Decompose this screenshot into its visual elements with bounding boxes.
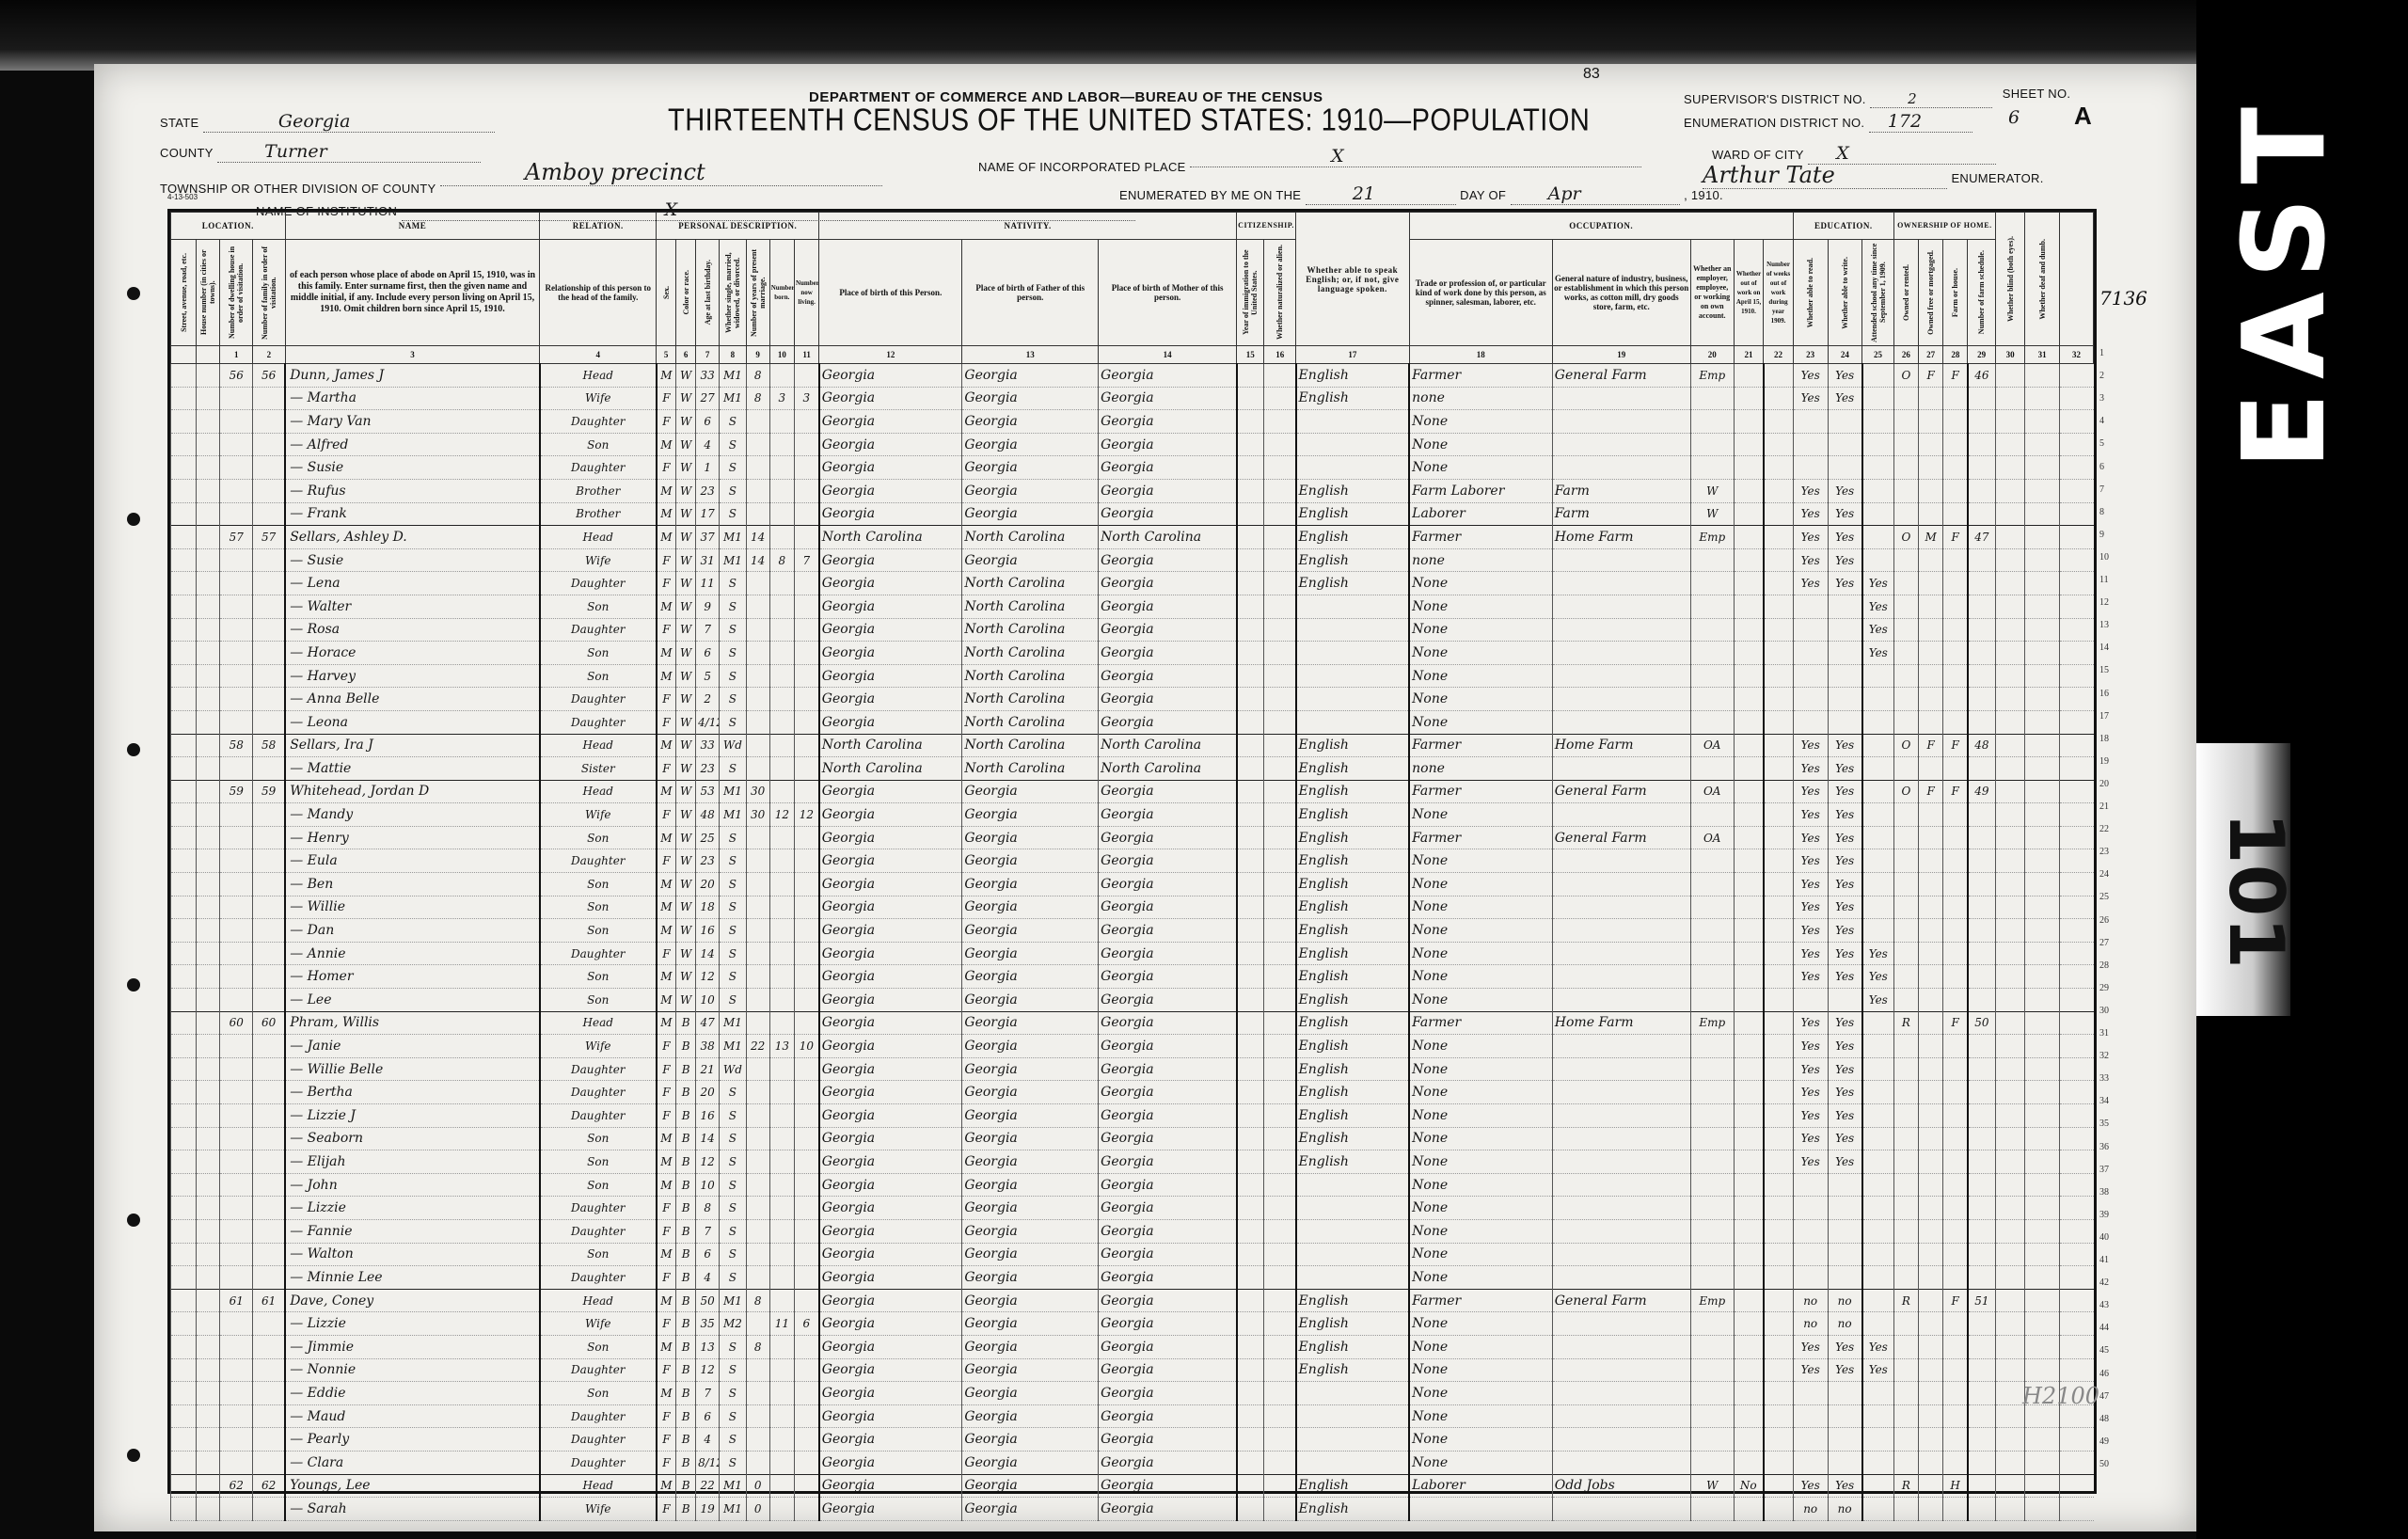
sheet-side: A <box>2074 102 2092 131</box>
cell-language: English <box>1296 780 1410 803</box>
cell-free-mortgaged <box>1919 1243 1943 1266</box>
cell-weeks-out <box>1764 919 1794 943</box>
cell-naturalized <box>1264 1382 1296 1405</box>
cell-age: 12 <box>696 965 720 989</box>
cell-deaf <box>2060 1428 2094 1452</box>
cell-relationship: Son <box>540 664 657 688</box>
cell-industry: Home Farm <box>1552 1011 1690 1035</box>
line-number: 33 <box>2099 1073 2109 1084</box>
cell-house <box>197 688 220 711</box>
cell-naturalized <box>1264 1289 1296 1312</box>
cell-deaf <box>2060 1358 2094 1382</box>
cell-can-read: Yes <box>1793 526 1828 549</box>
cell-person-name: — Annie <box>285 942 540 965</box>
cell-marital: M1 <box>720 526 746 549</box>
cell-out-of-work <box>1734 1404 1763 1428</box>
cell-dwelling <box>220 1197 253 1220</box>
cell-free-mortgaged <box>1919 664 1943 688</box>
header-family: Number of family in order of visitation. <box>261 241 277 344</box>
cell-industry <box>1552 1150 1690 1174</box>
cell-free-mortgaged <box>1919 1057 1943 1081</box>
cell-owned-rented <box>1893 387 1918 410</box>
cell-farm-schedule <box>1968 965 1995 989</box>
cell-father-birthplace: Georgia <box>962 1428 1099 1452</box>
cell-industry <box>1552 1219 1690 1243</box>
cell-immigration <box>1237 780 1264 803</box>
cell-farm-schedule: 47 <box>1968 526 1995 549</box>
cell-naturalized <box>1264 826 1296 849</box>
cell-person-name: — Fannie <box>285 1219 540 1243</box>
cell-can-read <box>1793 1382 1828 1405</box>
cell-sex: M <box>657 1243 676 1266</box>
cell-years-married <box>746 896 769 919</box>
cell-weeks-out <box>1764 1498 1794 1521</box>
cell-veteran <box>1995 989 2024 1012</box>
cell-farm-schedule <box>1968 942 1995 965</box>
cell-veteran <box>1995 548 2024 572</box>
cell-veteran <box>1995 1104 2024 1128</box>
cell-dwelling <box>220 1081 253 1104</box>
cell-marital: S <box>720 1197 746 1220</box>
cell-owned-rented <box>1893 1081 1918 1104</box>
line-number: 10 <box>2099 552 2109 563</box>
cell-weeks-out <box>1764 710 1794 734</box>
cell-farm-schedule <box>1968 1173 1995 1197</box>
cell-farm-house <box>1943 456 1968 480</box>
cell-class-of-worker <box>1690 1451 1734 1474</box>
cell-language <box>1296 1173 1410 1197</box>
table-row: — MarthaWifeFW27M1833GeorgiaGeorgiaGeorg… <box>171 387 2094 410</box>
cell-marital: S <box>720 642 746 665</box>
cell-family <box>253 1451 286 1474</box>
cell-family <box>253 942 286 965</box>
line-number: 49 <box>2099 1436 2109 1447</box>
cell-veteran <box>1995 479 2024 502</box>
line-number: 24 <box>2099 869 2109 880</box>
cell-father-birthplace: Georgia <box>962 1011 1099 1035</box>
cell-naturalized <box>1264 1127 1296 1150</box>
cell-children-living <box>794 942 818 965</box>
cell-person-name: — Lizzie <box>285 1312 540 1336</box>
cell-sex: F <box>657 710 676 734</box>
cell-language: English <box>1296 1498 1410 1521</box>
cell-birthplace: Georgia <box>819 1219 962 1243</box>
cell-race: W <box>676 965 696 989</box>
cell-person-name: — Horace <box>285 642 540 665</box>
cell-farm-schedule <box>1968 919 1995 943</box>
cell-family: 62 <box>253 1474 286 1498</box>
cell-children-born <box>769 1173 794 1197</box>
cell-father-birthplace: Georgia <box>962 1243 1099 1266</box>
cell-street <box>171 1081 197 1104</box>
table-row: — FannieDaughterFB7SGeorgiaGeorgiaGeorgi… <box>171 1219 2094 1243</box>
cell-immigration <box>1237 642 1264 665</box>
cell-father-birthplace: North Carolina <box>962 642 1099 665</box>
cell-sex: F <box>657 849 676 873</box>
cell-race: W <box>676 873 696 896</box>
cell-mother-birthplace: Georgia <box>1099 548 1237 572</box>
cell-free-mortgaged <box>1919 989 1943 1012</box>
cell-race: B <box>676 1011 696 1035</box>
cell-farm-schedule: 51 <box>1968 1289 1995 1312</box>
cell-race: W <box>676 803 696 827</box>
cell-owned-rented <box>1893 965 1918 989</box>
group-education: EDUCATION. <box>1793 213 1893 240</box>
cell-marital: S <box>720 1335 746 1358</box>
cell-farm-schedule <box>1968 1150 1995 1174</box>
cell-farm-schedule <box>1968 664 1995 688</box>
cell-can-write <box>1828 1382 1862 1405</box>
cell-can-write <box>1828 1243 1862 1266</box>
cell-owned-rented <box>1893 803 1918 827</box>
cell-mother-birthplace: Georgia <box>1099 1197 1237 1220</box>
table-row: — MattieSisterFW23SNorth CarolinaNorth C… <box>171 757 2094 781</box>
table-row: — NonnieDaughterFB12SGeorgiaGeorgiaGeorg… <box>171 1358 2094 1382</box>
cell-street <box>171 526 197 549</box>
cell-language: English <box>1296 572 1410 595</box>
cell-can-write: Yes <box>1828 1104 1862 1128</box>
line-number: 9 <box>2099 530 2104 540</box>
cell-family <box>253 1404 286 1428</box>
cell-marital: S <box>720 479 746 502</box>
cell-owned-rented <box>1893 642 1918 665</box>
cell-relationship: Brother <box>540 479 657 502</box>
cell-house <box>197 1474 220 1498</box>
cell-deaf <box>2060 410 2094 434</box>
cell-school <box>1862 710 1894 734</box>
cell-blind <box>2025 826 2060 849</box>
cell-trade: None <box>1409 1197 1552 1220</box>
cell-school <box>1862 1243 1894 1266</box>
cell-years-married <box>746 942 769 965</box>
cell-free-mortgaged <box>1919 1081 1943 1104</box>
cell-veteran <box>1995 1150 2024 1174</box>
cell-dwelling <box>220 965 253 989</box>
cell-farm-schedule <box>1968 1451 1995 1474</box>
cell-family <box>253 387 286 410</box>
cell-years-married <box>746 1197 769 1220</box>
cell-can-write: Yes <box>1828 1035 1862 1058</box>
cell-house <box>197 387 220 410</box>
cell-sex: F <box>657 1197 676 1220</box>
cell-out-of-work <box>1734 965 1763 989</box>
binder-hole <box>127 1449 140 1462</box>
cell-house <box>197 1173 220 1197</box>
table-row: — HarveySonMW5SGeorgiaNorth CarolinaGeor… <box>171 664 2094 688</box>
cell-owned-rented <box>1893 618 1918 642</box>
header-house-number: House number (in cities or towns). <box>199 241 216 344</box>
cell-person-name: — Leona <box>285 710 540 734</box>
cell-weeks-out <box>1764 1081 1794 1104</box>
cell-deaf <box>2060 433 2094 456</box>
group-nativity: NATIVITY. <box>819 213 1237 240</box>
cell-father-birthplace: North Carolina <box>962 664 1099 688</box>
cell-veteran <box>1995 896 2024 919</box>
cell-language: English <box>1296 757 1410 781</box>
cell-house <box>197 572 220 595</box>
cell-age: 6 <box>696 1243 720 1266</box>
cell-children-living <box>794 757 818 781</box>
cell-farm-schedule <box>1968 433 1995 456</box>
line-number: 46 <box>2099 1369 2109 1379</box>
cell-blind <box>2025 364 2060 388</box>
cell-marital: S <box>720 942 746 965</box>
table-row: — BenSonMW20SGeorgiaGeorgiaGeorgiaEnglis… <box>171 873 2094 896</box>
cell-family <box>253 965 286 989</box>
cell-deaf <box>2060 502 2094 526</box>
cell-school <box>1862 1312 1894 1336</box>
cell-can-read <box>1793 1243 1828 1266</box>
cell-veteran <box>1995 433 2024 456</box>
cell-immigration <box>1237 548 1264 572</box>
cell-marital: S <box>720 1243 746 1266</box>
cell-dwelling <box>220 664 253 688</box>
cell-father-birthplace: Georgia <box>962 1035 1099 1058</box>
cell-blind <box>2025 572 2060 595</box>
line-number: 44 <box>2099 1323 2109 1333</box>
cell-veteran <box>1995 618 2024 642</box>
cell-immigration <box>1237 1335 1264 1358</box>
cell-can-write <box>1828 710 1862 734</box>
cell-sex: F <box>657 1057 676 1081</box>
cell-children-living <box>794 410 818 434</box>
cell-class-of-worker: Emp <box>1690 1011 1734 1035</box>
cell-farm-house <box>1943 1382 1968 1405</box>
cell-veteran <box>1995 502 2024 526</box>
cell-relationship: Son <box>540 1150 657 1174</box>
line-number: 48 <box>2099 1414 2109 1424</box>
cell-naturalized <box>1264 479 1296 502</box>
cell-deaf <box>2060 387 2094 410</box>
cell-street <box>171 387 197 410</box>
cell-blind <box>2025 849 2060 873</box>
cell-dwelling: 59 <box>220 780 253 803</box>
cell-owned-rented <box>1893 1382 1918 1405</box>
cell-sex: M <box>657 780 676 803</box>
cell-deaf <box>2060 757 2094 781</box>
column-number: 2 <box>253 346 286 364</box>
cell-free-mortgaged <box>1919 1104 1943 1128</box>
header-mother-pob: Place of birth of Mother of this person. <box>1099 240 1237 346</box>
cell-school <box>1862 1289 1894 1312</box>
cell-can-write: no <box>1828 1289 1862 1312</box>
cell-years-married <box>746 734 769 757</box>
cell-can-read <box>1793 1219 1828 1243</box>
cell-years-married <box>746 919 769 943</box>
cell-father-birthplace: Georgia <box>962 803 1099 827</box>
cell-trade: None <box>1409 1081 1552 1104</box>
cell-family <box>253 572 286 595</box>
cell-family <box>253 1219 286 1243</box>
cell-free-mortgaged <box>1919 1173 1943 1197</box>
cell-language: English <box>1296 1035 1410 1058</box>
cell-farm-schedule <box>1968 1197 1995 1220</box>
cell-farm-schedule <box>1968 1404 1995 1428</box>
cell-industry: General Farm <box>1552 826 1690 849</box>
cell-sex: F <box>657 410 676 434</box>
cell-veteran <box>1995 410 2024 434</box>
cell-language <box>1296 1451 1410 1474</box>
cell-dwelling <box>220 896 253 919</box>
cell-family <box>253 1243 286 1266</box>
cell-birthplace: Georgia <box>819 1197 962 1220</box>
cell-birthplace: Georgia <box>819 942 962 965</box>
incorporated-place-field: NAME OF INCORPORATED PLACE X <box>978 155 1641 177</box>
header-free-mortgaged: Owned free or mortgaged. <box>1926 250 1935 335</box>
cell-can-write: Yes <box>1828 826 1862 849</box>
cell-birthplace: Georgia <box>819 548 962 572</box>
column-number: 7 <box>696 346 720 364</box>
cell-veteran <box>1995 595 2024 618</box>
cell-sex: M <box>657 479 676 502</box>
cell-years-married <box>746 1404 769 1428</box>
cell-street <box>171 803 197 827</box>
table-row: — SeabornSonMB14SGeorgiaGeorgiaGeorgiaEn… <box>171 1127 2094 1150</box>
cell-children-living: 7 <box>794 548 818 572</box>
cell-relationship: Head <box>540 1474 657 1498</box>
cell-naturalized <box>1264 896 1296 919</box>
cell-out-of-work <box>1734 873 1763 896</box>
cell-race: B <box>676 1404 696 1428</box>
cell-school <box>1862 664 1894 688</box>
cell-children-born <box>769 757 794 781</box>
cell-weeks-out <box>1764 433 1794 456</box>
cell-mother-birthplace: Georgia <box>1099 1289 1237 1312</box>
cell-farm-schedule <box>1968 896 1995 919</box>
cell-naturalized <box>1264 1197 1296 1220</box>
cell-mother-birthplace: Georgia <box>1099 1243 1237 1266</box>
cell-out-of-work <box>1734 1498 1763 1521</box>
cell-house <box>197 595 220 618</box>
cell-farm-house <box>1943 826 1968 849</box>
cell-marital: S <box>720 919 746 943</box>
cell-trade: None <box>1409 1150 1552 1174</box>
cell-free-mortgaged: F <box>1919 364 1943 388</box>
cell-deaf <box>2060 1289 2094 1312</box>
line-number: 18 <box>2099 734 2109 744</box>
column-number: 1 <box>220 346 253 364</box>
cell-trade: Farmer <box>1409 826 1552 849</box>
cell-industry <box>1552 548 1690 572</box>
cell-weeks-out <box>1764 526 1794 549</box>
cell-marital: S <box>720 664 746 688</box>
cell-relationship: Son <box>540 642 657 665</box>
cell-age: 13 <box>696 1335 720 1358</box>
column-number: 22 <box>1764 346 1794 364</box>
cell-language: English <box>1296 1335 1410 1358</box>
cell-weeks-out <box>1764 1035 1794 1058</box>
cell-naturalized <box>1264 1173 1296 1197</box>
cell-immigration <box>1237 387 1264 410</box>
cell-birthplace: Georgia <box>819 965 962 989</box>
cell-children-living <box>794 965 818 989</box>
cell-trade: None <box>1409 1173 1552 1197</box>
cell-blind <box>2025 526 2060 549</box>
cell-house <box>197 1197 220 1220</box>
cell-school <box>1862 1498 1894 1521</box>
cell-sex: F <box>657 1404 676 1428</box>
cell-trade: None <box>1409 688 1552 711</box>
cell-farm-house <box>1943 642 1968 665</box>
cell-industry <box>1552 642 1690 665</box>
cell-owned-rented: R <box>1893 1011 1918 1035</box>
cell-out-of-work <box>1734 734 1763 757</box>
cell-class-of-worker <box>1690 1266 1734 1290</box>
cell-marital: S <box>720 1173 746 1197</box>
cell-can-write <box>1828 1451 1862 1474</box>
cell-farm-house: F <box>1943 1289 1968 1312</box>
cell-owned-rented <box>1893 1150 1918 1174</box>
cell-veteran <box>1995 1035 2024 1058</box>
cell-age: 37 <box>696 526 720 549</box>
cell-school <box>1862 1150 1894 1174</box>
cell-children-living <box>794 896 818 919</box>
township-value: Amboy precinct <box>440 159 882 186</box>
cell-farm-house <box>1943 479 1968 502</box>
cell-house <box>197 1428 220 1452</box>
cell-farm-schedule <box>1968 642 1995 665</box>
cell-class-of-worker: OA <box>1690 780 1734 803</box>
cell-farm-schedule: 50 <box>1968 1011 1995 1035</box>
cell-mother-birthplace: Georgia <box>1099 642 1237 665</box>
cell-weeks-out <box>1764 780 1794 803</box>
cell-deaf <box>2060 1173 2094 1197</box>
cell-deaf <box>2060 780 2094 803</box>
cell-sex: M <box>657 1289 676 1312</box>
cell-birthplace: Georgia <box>819 664 962 688</box>
cell-out-of-work <box>1734 1197 1763 1220</box>
cell-owned-rented <box>1893 1243 1918 1266</box>
cell-farm-house <box>1943 548 1968 572</box>
cell-owned-rented <box>1893 1451 1918 1474</box>
cell-family <box>253 1498 286 1521</box>
cell-veteran <box>1995 1243 2024 1266</box>
cell-house <box>197 502 220 526</box>
cell-children-living <box>794 664 818 688</box>
cell-sex: M <box>657 826 676 849</box>
line-number: 34 <box>2099 1096 2109 1106</box>
cell-dwelling: 58 <box>220 734 253 757</box>
cell-immigration <box>1237 1266 1264 1290</box>
cell-free-mortgaged <box>1919 479 1943 502</box>
cell-race: W <box>676 456 696 480</box>
cell-children-born: 13 <box>769 1035 794 1058</box>
cell-sex: F <box>657 1219 676 1243</box>
cell-race: W <box>676 502 696 526</box>
group-location: LOCATION. <box>171 213 286 240</box>
cell-marital: M1 <box>720 1289 746 1312</box>
cell-years-married <box>746 1243 769 1266</box>
cell-blind <box>2025 642 2060 665</box>
cell-years-married: 30 <box>746 803 769 827</box>
cell-class-of-worker <box>1690 1104 1734 1128</box>
supervisor-district-field: SUPERVISOR'S DISTRICT NO. 2 <box>1684 90 1992 108</box>
cell-out-of-work <box>1734 456 1763 480</box>
cell-marital: S <box>720 826 746 849</box>
cell-marital: S <box>720 896 746 919</box>
cell-children-born <box>769 1057 794 1081</box>
cell-children-living <box>794 526 818 549</box>
cell-house <box>197 1358 220 1382</box>
cell-marital: S <box>720 1104 746 1128</box>
cell-industry <box>1552 1358 1690 1382</box>
line-number: 3 <box>2099 393 2104 404</box>
cell-birthplace: Georgia <box>819 1404 962 1428</box>
cell-veteran <box>1995 1428 2024 1452</box>
cell-street <box>171 595 197 618</box>
table-row: — LeonaDaughterFW4/12SGeorgiaNorth Carol… <box>171 710 2094 734</box>
cell-family: 59 <box>253 780 286 803</box>
